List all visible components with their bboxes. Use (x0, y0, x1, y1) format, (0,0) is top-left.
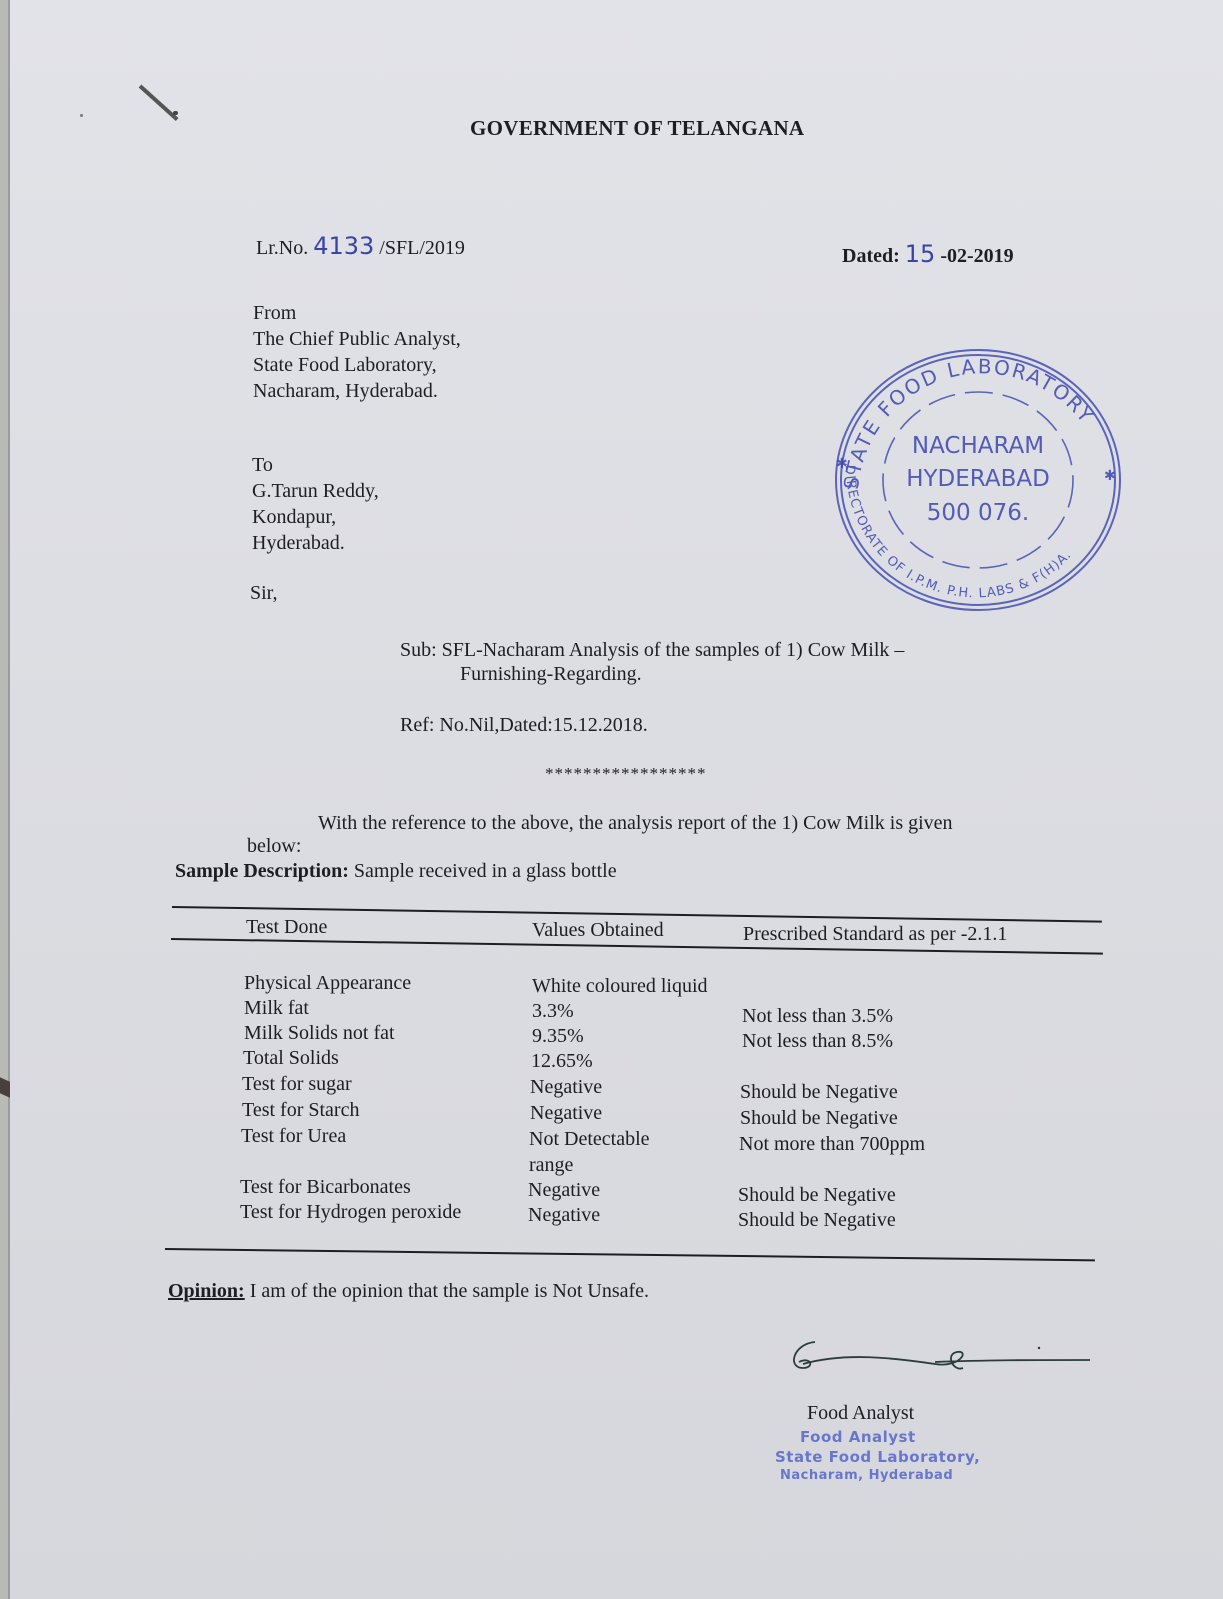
letter-page: GOVERNMENT OF TELANGANA Lr.No. 4133 /SFL… (10, 0, 1223, 1599)
cell-value: 9.35% (532, 1025, 584, 1048)
from-line: Nacharam, Hyderabad. (253, 378, 461, 404)
signatory-designation: Food Analyst (807, 1402, 914, 1425)
subject: Sub: SFL-Nacharam Analysis of the sample… (400, 638, 904, 686)
cell-test: Test for Starch (242, 1099, 359, 1122)
header-values-obtained: Values Obtained (532, 919, 664, 942)
cell-value: Negative (530, 1102, 602, 1125)
to-block: To G.Tarun Reddy, Kondapur, Hyderabad. (252, 452, 379, 556)
from-line: State Food Laboratory, (253, 352, 461, 378)
cell-value: White coloured liquid (532, 975, 708, 998)
cell-standard: Not less than 3.5% (742, 1005, 893, 1028)
seal-center-line: NACHARAM (912, 433, 1044, 459)
svg-text:✱: ✱ (836, 456, 848, 472)
opinion: Opinion: I am of the opinion that the sa… (168, 1280, 649, 1303)
cell-value: range (529, 1154, 573, 1177)
cell-standard: Should be Negative (738, 1184, 896, 1207)
speck (80, 114, 83, 117)
cell-value: Negative (528, 1204, 600, 1227)
letter-number-handwritten: 4133 (313, 232, 374, 260)
separator-stars: ***************** (545, 764, 707, 784)
subject-line: Furnishing-Regarding. (400, 662, 904, 686)
date-day-handwritten: 15 (905, 240, 936, 268)
cell-standard: Not less than 8.5% (742, 1030, 893, 1053)
seal-center-line: 500 076. (927, 500, 1029, 526)
cell-test: Physical Appearance (244, 972, 411, 995)
to-line: Kondapur, (252, 504, 379, 530)
header-test-done: Test Done (246, 916, 327, 939)
cell-test: Milk Solids not fat (244, 1022, 395, 1045)
cell-standard: Should be Negative (738, 1209, 896, 1232)
cell-value: 3.3% (532, 1000, 574, 1023)
subject-line: Sub: SFL-Nacharam Analysis of the sample… (400, 638, 904, 662)
cell-test: Milk fat (244, 997, 309, 1020)
opinion-text: I am of the opinion that the sample is N… (245, 1280, 649, 1302)
staple-dot-icon (173, 111, 178, 115)
sample-description-label: Sample Description: (175, 860, 349, 882)
letter-number-prefix: Lr.No. (256, 237, 308, 259)
date-prefix: Dated: (842, 245, 900, 267)
cell-test: Test for Urea (241, 1125, 346, 1148)
letter-date: Dated: 15 -02-2019 (842, 240, 1014, 268)
seal-center-line: HYDERABAD (906, 466, 1050, 492)
cell-standard: Not more than 700ppm (739, 1133, 925, 1156)
to-label: To (252, 452, 379, 478)
signatory-stamp-line: State Food Laboratory, (775, 1448, 980, 1466)
cell-standard: Should be Negative (740, 1107, 898, 1130)
letter-number-suffix: /SFL/2019 (379, 237, 465, 259)
cell-value: 12.65% (531, 1050, 593, 1073)
signatory-stamp-line: Nacharam, Hyderabad (780, 1468, 953, 1483)
from-block: From The Chief Public Analyst, State Foo… (253, 300, 461, 404)
sample-description: Sample Description: Sample received in a… (175, 860, 617, 883)
cell-test: Total Solids (243, 1047, 339, 1070)
to-line: Hyderabad. (252, 530, 379, 556)
table-bottom-rule (165, 1248, 1095, 1261)
to-line: G.Tarun Reddy, (252, 478, 379, 504)
cell-value: Negative (528, 1179, 600, 1202)
document-title: GOVERNMENT OF TELANGANA (470, 116, 804, 141)
letter-number: Lr.No. 4133 /SFL/2019 (256, 232, 465, 260)
signature-icon (785, 1338, 1095, 1378)
cell-test: Test for sugar (242, 1073, 352, 1096)
reference: Ref: No.Nil,Dated:15.12.2018. (400, 714, 648, 737)
staple-mark-icon (139, 85, 179, 121)
body-paragraph-line: With the reference to the above, the ana… (318, 812, 953, 835)
cell-test: Test for Hydrogen peroxide (240, 1201, 461, 1224)
cell-test: Test for Bicarbonates (240, 1176, 411, 1199)
laboratory-seal-stamp: STATE FOOD LABORATORY DIRECTORATE OF I.P… (828, 340, 1128, 630)
cell-value: Not Detectable (529, 1128, 650, 1151)
cell-value: Negative (530, 1076, 602, 1099)
from-line: The Chief Public Analyst, (253, 326, 461, 352)
from-label: From (253, 300, 461, 326)
date-suffix: -02-2019 (940, 245, 1013, 267)
signatory-stamp-line: Food Analyst (800, 1428, 916, 1446)
cell-standard: Should be Negative (740, 1081, 898, 1104)
sample-description-value: Sample received in a glass bottle (354, 860, 617, 882)
header-prescribed-standard: Prescribed Standard as per -2.1.1 (743, 923, 1007, 946)
body-paragraph-line: below: (247, 835, 301, 858)
opinion-label: Opinion: (168, 1280, 245, 1302)
svg-text:✱: ✱ (1104, 468, 1116, 484)
salutation: Sir, (250, 582, 278, 605)
